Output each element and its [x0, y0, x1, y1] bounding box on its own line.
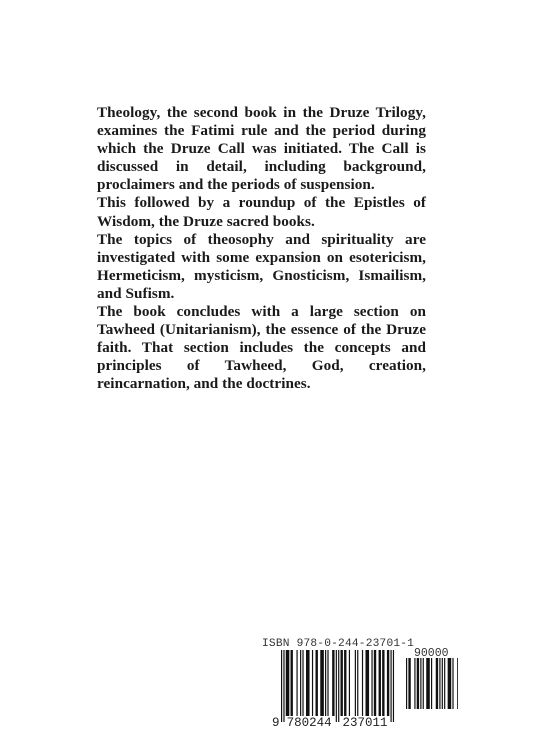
book-back-cover: Theology, the second book in the Druze T…: [0, 0, 533, 756]
cover-blurb: Theology, the second book in the Druze T…: [97, 104, 426, 394]
isbn-barcode: ISBN 978-0-244-23701-1 90000 97802442370…: [258, 638, 458, 728]
blurb-paragraph-intro: Theology, the second book in the Druze T…: [97, 104, 426, 194]
blurb-paragraph-epistles: This followed by a roundup of the Epistl…: [97, 194, 426, 230]
svg-text:9: 9: [272, 716, 280, 728]
svg-text:237011: 237011: [343, 716, 388, 728]
blurb-paragraph-tawheed: The book concludes with a large section …: [97, 303, 426, 393]
barcode-bars-icon: 9780244237011: [258, 638, 458, 728]
svg-text:780244: 780244: [287, 716, 332, 728]
blurb-paragraph-topics: The topics of theosophy and spirituality…: [97, 231, 426, 303]
